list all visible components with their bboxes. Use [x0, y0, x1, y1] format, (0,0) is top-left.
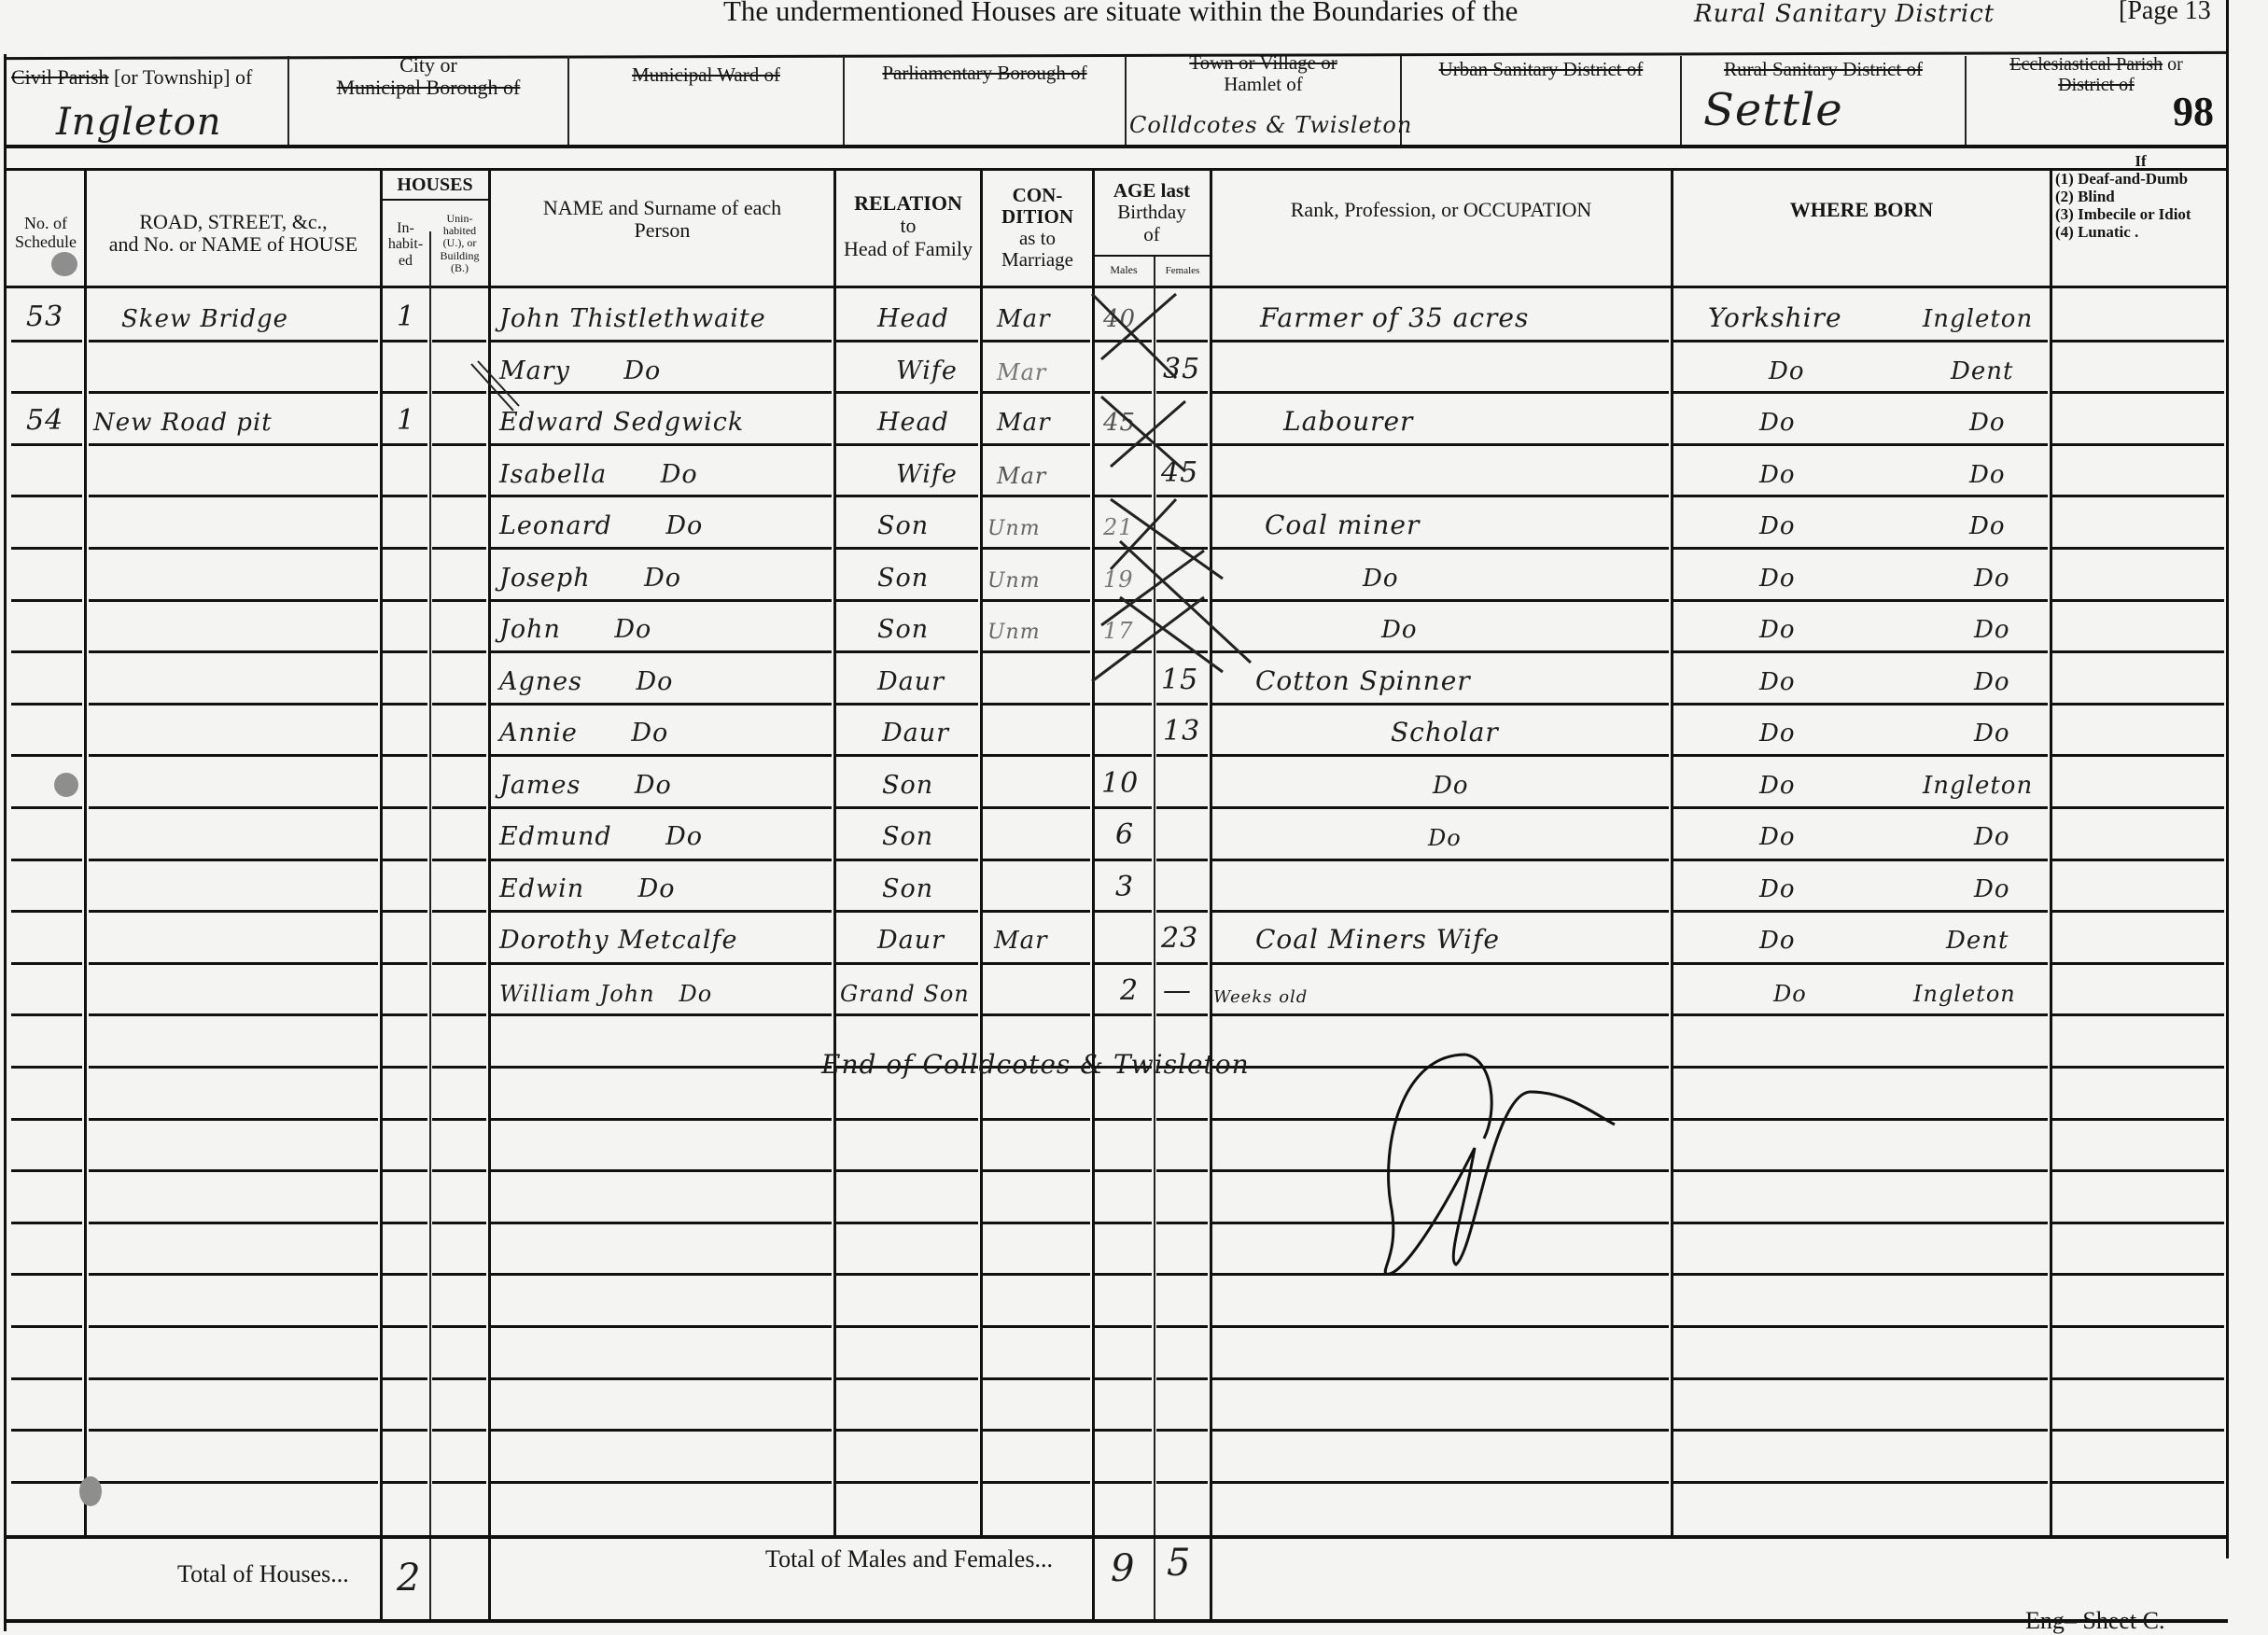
row-rule: [1673, 1481, 2048, 1484]
occupation: Scholar: [1391, 704, 1499, 755]
end-note: End of Colldcotes & Twisleton: [821, 1036, 1250, 1087]
header-top-line: [5, 168, 2228, 171]
header-line: NAME and Surname of each: [543, 197, 781, 219]
person-name: Agnes Do: [499, 652, 673, 704]
male-age: 40: [1103, 289, 1136, 341]
relation: Son: [877, 496, 929, 548]
col-name-header: NAME and Surname of each Person: [491, 191, 833, 247]
table-row: 54 New Road pit 1 Edward Sedgwick Head M…: [0, 393, 2268, 444]
person-name: Dorothy Metcalfe: [499, 911, 737, 962]
person-name: John Do: [499, 600, 651, 651]
row-rule: [1673, 1325, 2048, 1328]
born-place: Do: [1974, 859, 2010, 911]
relation: Daur: [882, 704, 949, 755]
row-rule: [1673, 1273, 2048, 1276]
row-rule: [383, 1429, 427, 1432]
page-number: [Page 13: [2119, 0, 2211, 26]
condition: Mar: [997, 342, 1046, 393]
born-place: Dent: [1951, 342, 2013, 393]
condition: Mar: [997, 289, 1051, 341]
label-line: Hamlet of: [1127, 74, 1400, 95]
total-females-value: 5: [1167, 1542, 1191, 1585]
header-line: ed: [399, 253, 413, 270]
parliamentary-borough-label: Parliamentary Borough of: [845, 62, 1125, 85]
row-rule: [1212, 1377, 1669, 1380]
occupation: Coal miner: [1265, 496, 1420, 548]
label-tail: or: [2167, 54, 2183, 75]
header-bottom-line: [5, 286, 2228, 288]
header-line: Marriage: [1001, 249, 1073, 271]
row-rule: [89, 1273, 378, 1276]
male-age: 10: [1101, 756, 1139, 807]
row-rule: [983, 1118, 1090, 1121]
born-county: Yorkshire: [1708, 289, 1842, 341]
person-name: William John Do: [499, 963, 712, 1014]
occupation: Weeks old: [1213, 963, 1308, 1014]
born-place: Ingleton: [1913, 963, 2016, 1014]
born-place: Do: [1969, 496, 2006, 548]
female-age: —: [1163, 963, 1192, 1014]
relation: Grand Son: [840, 963, 970, 1014]
row-rule: [1095, 1169, 1152, 1172]
row-rule: [89, 1222, 378, 1224]
born-place: Do: [1974, 704, 2010, 755]
row-rule: [836, 1429, 978, 1432]
total-houses-label: Total of Houses...: [177, 1560, 349, 1588]
row-rule: [983, 1481, 1090, 1484]
rural-sanitary-label: Rural Sanitary District of: [1682, 58, 1965, 81]
relation: Daur: [877, 911, 945, 962]
schedule-number: 53: [26, 289, 63, 341]
hamlet-label: Town or Village or Hamlet of: [1127, 52, 1400, 95]
road-name: Skew Bridge: [121, 289, 288, 341]
col-inhabited-header: In- habit- ed: [382, 207, 429, 282]
male-age: 17: [1103, 600, 1134, 651]
header-line: Schedule: [15, 233, 77, 252]
urban-sanitary-label: Urban Sanitary District of: [1402, 58, 1680, 81]
born-county: Do: [1759, 445, 1796, 496]
row-rule: [491, 1273, 832, 1276]
row-rule: [836, 1169, 978, 1172]
row-rule: [836, 1325, 978, 1328]
born-place: Do: [1974, 807, 2010, 859]
relation: Wife: [896, 445, 958, 496]
row-rule: [89, 1429, 378, 1432]
header-line: If: [2055, 152, 2226, 170]
row-rule: [11, 1273, 82, 1276]
condition: Unm: [987, 549, 1041, 600]
city-borough-label: City or Municipal Borough of: [289, 54, 567, 99]
col-age-header: AGE last Birthday of: [1094, 172, 1210, 254]
row-rule: [491, 1325, 832, 1328]
relation: Head: [877, 289, 949, 341]
born-place: Do: [1974, 600, 2010, 651]
row-rule: [983, 1169, 1090, 1172]
born-county: Do: [1759, 393, 1796, 444]
header-line: (U.), or: [443, 237, 477, 249]
struck-label: Ecclesiastical Parish: [2009, 54, 2163, 75]
header-line: ROAD, STREET, &c.,: [139, 211, 327, 233]
condition: Mar: [994, 911, 1048, 962]
row-rule: [11, 1222, 82, 1224]
total-males-value: 9: [1111, 1547, 1135, 1590]
age-subline: [1094, 255, 1210, 257]
born-place: Dent: [1946, 911, 2009, 962]
row-rule: [1212, 1429, 1669, 1432]
struck-label: Civil Parish: [11, 65, 109, 89]
row-rule: [383, 1118, 427, 1121]
row-rule: [1095, 1222, 1152, 1224]
row-rule: [1095, 1118, 1152, 1121]
born-place: Do: [1969, 445, 2006, 496]
header-line: No. of: [24, 215, 67, 233]
header-line: as to: [1019, 228, 1056, 249]
person-name: James Do: [499, 756, 672, 807]
table-row: Leonard Do Son Unm 21 Coal miner Do Do: [0, 496, 2268, 548]
female-age: 45: [1161, 445, 1198, 496]
inhabited-count: 1: [397, 289, 415, 341]
relation: Son: [882, 859, 933, 911]
female-age: 35: [1163, 342, 1200, 393]
row-rule: [432, 1481, 486, 1484]
occupation: Farmer of 35 acres: [1260, 289, 1529, 341]
male-age: 45: [1103, 393, 1136, 444]
table-row: Agnes Do Daur 15 Cotton Spinner Do Do: [0, 652, 2268, 704]
row-rule: [1095, 1481, 1152, 1484]
born-place: Do: [1969, 393, 2006, 444]
table-row: Joseph Do Son Unm 19 Do Do Do: [0, 549, 2268, 600]
row-rule: [836, 1273, 978, 1276]
struck-label: Town or Village or: [1127, 52, 1400, 74]
female-age: 23: [1161, 911, 1198, 962]
row-rule: [383, 1377, 427, 1380]
condition: Unm: [987, 496, 1041, 548]
relation: Wife: [896, 342, 958, 393]
row-rule: [383, 1481, 427, 1484]
occupation: Do: [1381, 600, 1418, 651]
born-place: Do: [1974, 549, 2010, 600]
female-age: 15: [1161, 652, 1198, 704]
born-county: Do: [1759, 549, 1796, 600]
row-rule: [1095, 1429, 1152, 1432]
row-rule: [491, 1118, 832, 1121]
row-rule: [1156, 1169, 1208, 1172]
header-line: RELATION: [854, 192, 962, 215]
row-rule: [89, 1481, 378, 1484]
person-name: John Thistlethwaite: [499, 289, 766, 341]
row-rule: [383, 1325, 427, 1328]
row-rule: [1673, 1377, 2048, 1380]
person-name: Edwin Do: [499, 859, 676, 911]
row-rule: [432, 1429, 486, 1432]
table-row: Edmund Do Son 6 Do Do Do: [0, 807, 2268, 859]
row-rule: [983, 1222, 1090, 1224]
civil-parish-label: Civil Parish [or Township] of: [11, 65, 252, 90]
header-line: AGE last: [1113, 180, 1190, 202]
born-county: Do: [1769, 342, 1805, 393]
row-rule: [983, 1377, 1090, 1380]
person-name: Isabella Do: [499, 445, 698, 496]
paper-blemish: [54, 773, 78, 797]
row-rule: [836, 1377, 978, 1380]
person-name: Joseph Do: [499, 549, 681, 600]
row-rule: [432, 1273, 486, 1276]
row-rule: [983, 1325, 1090, 1328]
male-age: 19: [1103, 549, 1134, 600]
row-rule: [89, 1118, 378, 1121]
row-rule: [1673, 1222, 2048, 1224]
row-rule: [491, 1429, 832, 1432]
person-name: Annie Do: [499, 704, 668, 755]
row-rule: [2052, 1222, 2224, 1224]
occupation: Do: [1428, 807, 1462, 859]
table-row: John Do Son Unm 17 Do Do Do: [0, 600, 2268, 651]
row-rule: [432, 1222, 486, 1224]
row-rule: [491, 1481, 832, 1484]
row-rule: [1095, 1377, 1152, 1380]
row-rule: [11, 1118, 82, 1121]
born-county: Do: [1759, 496, 1796, 548]
header-line: (3) Imbecile or Idiot: [2055, 205, 2226, 223]
row-rule: [11, 1325, 82, 1328]
row-rule: [983, 1273, 1090, 1276]
header-line: habit-: [388, 236, 423, 253]
label-tail: [or Township] of: [114, 65, 252, 89]
row-rule: [89, 1169, 378, 1172]
condition: Mar: [997, 445, 1046, 496]
row-rule: [836, 1118, 978, 1121]
header-line: and No. or NAME of HOUSE: [109, 233, 357, 256]
row-rule: [1156, 1481, 1208, 1484]
header-line: Building: [440, 250, 479, 262]
table-row: Dorothy Metcalfe Daur Mar 23 Coal Miners…: [0, 911, 2268, 962]
row-rule: [1673, 1429, 2048, 1432]
relation: Son: [877, 600, 929, 651]
row-rule: [491, 1169, 832, 1172]
male-age: 21: [1103, 496, 1134, 548]
male-age: 6: [1115, 807, 1134, 859]
row-rule: [11, 1429, 82, 1432]
born-place: Ingleton: [1923, 756, 2033, 807]
row-rule: [491, 1377, 832, 1380]
row-rule: [2052, 1169, 2224, 1172]
header-line: (B.): [451, 262, 469, 274]
row-rule: [1156, 1118, 1208, 1121]
hamlet-value: Colldcotes & Twisleton: [1129, 112, 1412, 138]
relation: Son: [882, 807, 933, 859]
total-persons-label: Total of Males and Females...: [765, 1545, 1053, 1573]
person-name: Mary Do: [499, 342, 661, 393]
label-line: City or: [289, 54, 567, 77]
page-heading: The undermentioned Houses are situate wi…: [723, 0, 1518, 28]
table-row: Edwin Do Son 3 Do Do: [0, 859, 2268, 911]
col-females-header: Females: [1155, 258, 1210, 284]
born-county: Do: [1773, 963, 1807, 1014]
table-row: Mary Do Wife Mar 35 Do Dent: [0, 342, 2268, 393]
header-line: Birthday: [1117, 202, 1186, 223]
col-infirmity-header: If (1) Deaf-and-Dumb (2) Blind (3) Imbec…: [2055, 152, 2226, 241]
houses-subline: [382, 199, 488, 201]
table-row: 53 Skew Bridge 1 John Thistlethwaite Hea…: [0, 289, 2268, 341]
occupation: Do: [1433, 756, 1469, 807]
person-name: Edmund Do: [499, 807, 703, 859]
total-houses-value: 2: [397, 1557, 421, 1600]
occupation: Labourer: [1283, 393, 1413, 444]
row-rule: [1212, 1325, 1669, 1328]
row-rule: [2052, 1118, 2224, 1121]
row-rule: [1095, 1273, 1152, 1276]
row-rule: [89, 1325, 378, 1328]
row-rule: [2052, 1325, 2224, 1328]
person-name: Edward Sedgwick: [499, 393, 744, 444]
road-name: New Road pit: [93, 393, 273, 444]
row-rule: [383, 1169, 427, 1172]
row-rule: [983, 1429, 1090, 1432]
col-road-header: ROAD, STREET, &c., and No. or NAME of HO…: [87, 196, 380, 271]
header-line: In-: [397, 220, 414, 237]
header-line: of: [1143, 224, 1160, 245]
row-rule: [432, 1118, 486, 1121]
totals-top-line: [5, 1535, 2228, 1539]
male-age: 2: [1120, 963, 1139, 1014]
row-rule: [2052, 1273, 2224, 1276]
district-annotation: Rural Sanitary District: [1694, 0, 1995, 28]
header-line: Head of Family: [844, 238, 973, 260]
relation: Head: [877, 393, 949, 444]
col-uninhabited-header: Unin- habited (U.), or Building (B.): [431, 202, 488, 286]
born-place: Ingleton: [1923, 289, 2033, 341]
row-rule: [1212, 1481, 1669, 1484]
row-rule: [1673, 1118, 2048, 1121]
born-county: Do: [1759, 807, 1796, 859]
row-rule: [1156, 1429, 1208, 1432]
relation: Son: [877, 549, 929, 600]
table-row: Isabella Do Wife Mar 45 Do Do: [0, 445, 2268, 496]
relation: Daur: [877, 652, 945, 704]
row-rule: [1156, 1273, 1208, 1276]
row-rule: [11, 1169, 82, 1172]
col-condition-header: CON- DITION as to Marriage: [983, 172, 1092, 284]
person-name: Leonard Do: [499, 496, 703, 548]
struck-label: Municipal Borough of: [289, 77, 567, 99]
row-rule: [2052, 1377, 2224, 1380]
inhabited-count: 1: [397, 393, 415, 444]
header-line: (2) Blind: [2055, 188, 2226, 205]
header-line: to: [900, 215, 916, 237]
row-rule: [432, 1377, 486, 1380]
header-line: CON-: [1013, 185, 1063, 206]
row-rule: [1156, 1377, 1208, 1380]
row-rule: [1673, 1169, 2048, 1172]
civil-parish-value: Ingleton: [56, 101, 222, 144]
header-line: (1) Deaf-and-Dumb: [2055, 170, 2226, 188]
occupation: Cotton Spinner: [1255, 652, 1471, 704]
row-rule: [11, 1377, 82, 1380]
col-relation-header: RELATION to Head of Family: [836, 177, 980, 275]
row-rule: [383, 1222, 427, 1224]
totals-bottom-line: [5, 1619, 2228, 1623]
paper-blemish: [51, 252, 77, 276]
condition: Unm: [987, 600, 1041, 651]
paper-blemish: [79, 1476, 102, 1506]
occupation: Coal Miners Wife: [1255, 911, 1500, 962]
row-rule: [2052, 1429, 2224, 1432]
row-rule: [1156, 1222, 1208, 1224]
born-county: Do: [1759, 704, 1796, 755]
born-county: Do: [1759, 911, 1796, 962]
row-rule: [432, 1169, 486, 1172]
ecclesiastical-value: 98: [2173, 88, 2214, 135]
col-occupation-header: Rank, Profession, or OCCUPATION: [1211, 187, 1671, 233]
born-county: Do: [1759, 652, 1796, 704]
boundary-bottom-line: [5, 145, 2228, 148]
col-males-header: Males: [1094, 258, 1154, 284]
occupation: Do: [1363, 549, 1399, 600]
header-line: (4) Lunatic .: [2055, 223, 2226, 241]
municipal-ward-label: Municipal Ward of: [569, 63, 843, 87]
row-rule: [383, 1273, 427, 1276]
row-rule: [836, 1481, 978, 1484]
male-age: 3: [1115, 859, 1134, 911]
born-county: Do: [1759, 600, 1796, 651]
table-row: James Do Son 10 Do Do Ingleton: [0, 756, 2268, 807]
row-rule: [2052, 1481, 2224, 1484]
table-row: William John Do Grand Son 2 — Weeks old …: [0, 963, 2268, 1014]
end-note-row: End of Colldcotes & Twisleton: [0, 1036, 2268, 1087]
row-rule: [491, 1222, 832, 1224]
header-line: DITION: [1001, 206, 1073, 228]
born-place: Do: [1974, 652, 2010, 704]
row-rule: [1095, 1325, 1152, 1328]
signature-mark: [1344, 1036, 1643, 1279]
schedule-number: 54: [26, 393, 63, 444]
header-line: Person: [635, 219, 691, 242]
row-rule: [89, 1377, 378, 1380]
female-age: 13: [1163, 704, 1200, 755]
row-rule: [1156, 1325, 1208, 1328]
table-row: Annie Do Daur 13 Scholar Do Do: [0, 704, 2268, 755]
row-rule: [836, 1222, 978, 1224]
born-county: Do: [1759, 859, 1796, 911]
rural-sanitary-value: Settle: [1703, 84, 1843, 136]
born-county: Do: [1759, 756, 1796, 807]
row-rule: [11, 1481, 82, 1484]
condition: Mar: [997, 393, 1051, 444]
row-rule: [432, 1325, 486, 1328]
relation: Son: [882, 756, 933, 807]
col-where-born-header: WHERE BORN: [1673, 187, 2050, 233]
sheet-label: Eng– Sheet C.: [2025, 1607, 2165, 1635]
col-houses-header: HOUSES: [382, 172, 488, 198]
